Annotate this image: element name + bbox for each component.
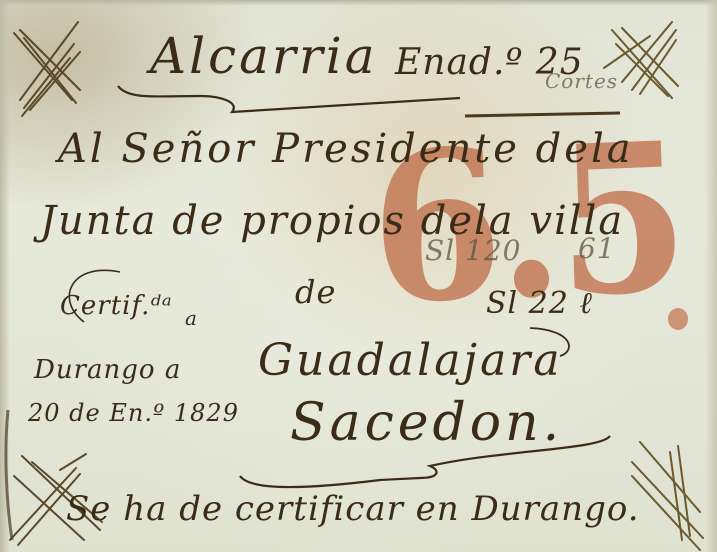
- header-annotation-suffix: Cortes: [545, 68, 618, 94]
- accounting-note: Sl 22 ℓ: [486, 286, 593, 322]
- faint-rate-note-suffix: 61: [578, 232, 616, 266]
- address-line-3: de: [295, 272, 336, 312]
- paper-fold-edge: [6, 410, 12, 540]
- note-certified: Certif.ᵈᵃ: [60, 290, 173, 322]
- address-line-2: Junta de propios dela villa: [40, 196, 624, 246]
- cancel-mark-bottom-right-icon: [632, 442, 703, 550]
- cancel-mark-top-left-icon: [14, 22, 80, 116]
- flourish-underline-origin: [118, 86, 460, 112]
- address-line-1: Al Señor Presidente dela: [58, 124, 634, 174]
- note-durango: Durango a: [34, 354, 181, 386]
- origin-town: Alcarria: [150, 26, 378, 86]
- note-certified-suffix: a: [185, 306, 198, 330]
- note-date: 20 de En.º 1829: [28, 398, 239, 428]
- faint-rate-note: Sl 120: [425, 234, 521, 268]
- footer-instruction: Se ha de certificar en Durango.: [66, 488, 640, 530]
- address-line-5: Sacedon.: [290, 392, 563, 454]
- letter-cover: 6.5: [0, 0, 717, 552]
- underline-annotation: [465, 113, 620, 116]
- address-line-4: Guadalajara: [258, 334, 563, 388]
